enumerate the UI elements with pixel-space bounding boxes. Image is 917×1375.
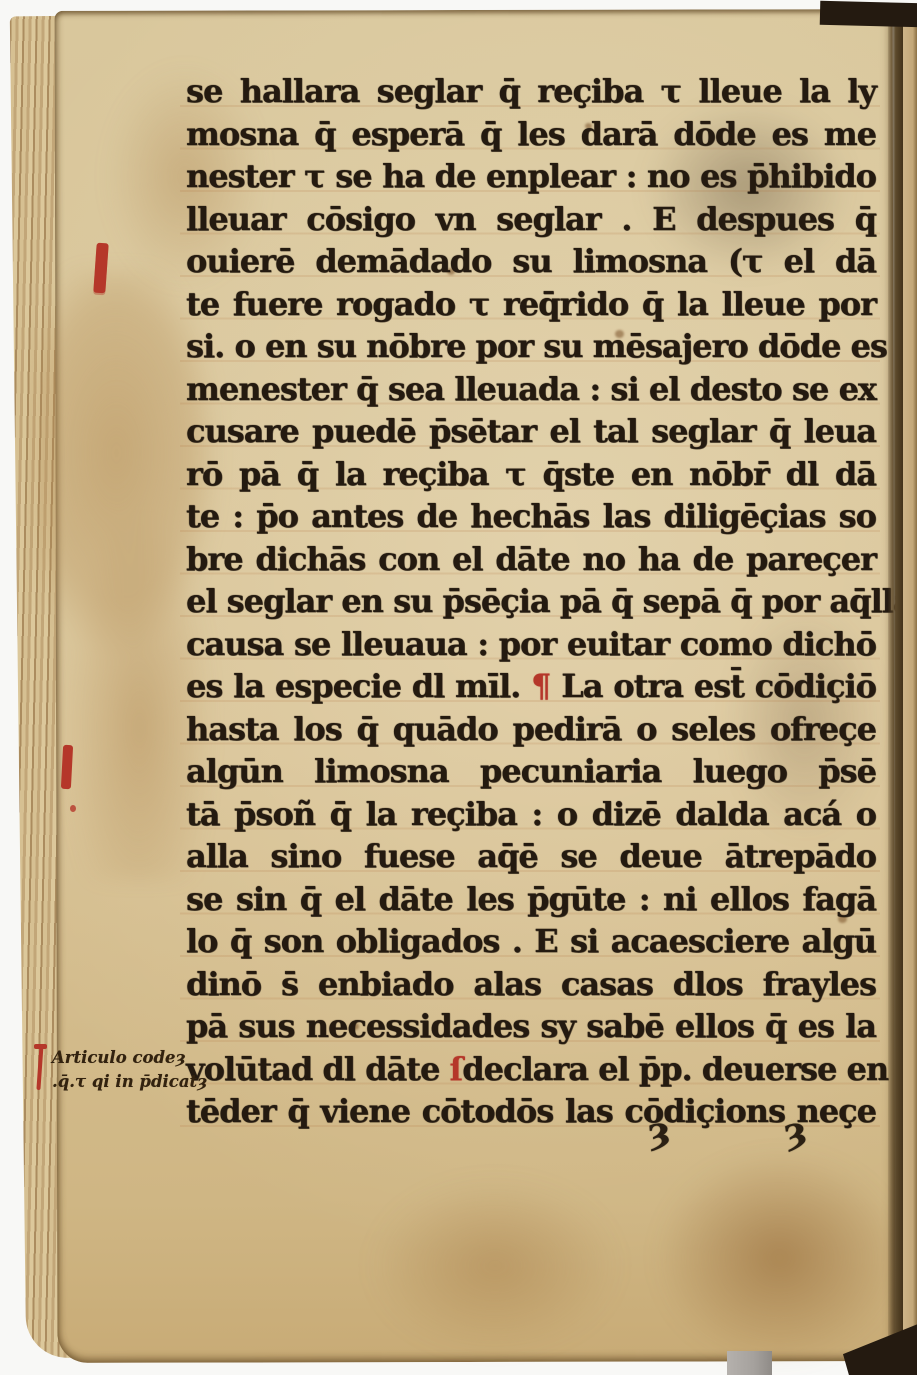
manuscript-line: lo q̄ son obligados . E si acaesciere al… (186, 920, 876, 963)
manuscript-line: ouierē demādado su limosna (τ el dā (186, 240, 876, 283)
line-segment: el seglar en su p̄sēçia pā q̄ sepā q̄ po… (186, 582, 913, 620)
line-segment: se hallara seglar q̄ reçiba τ lleue la l… (186, 72, 876, 110)
manuscript-line: se sin q̄ el dāte les p̄gūte : ni ellos … (186, 878, 876, 921)
line-segment: te : p̄o antes de hechās las diligēçias … (186, 497, 876, 535)
manuscript-line: se hallara seglar q̄ reçiba τ lleue la l… (186, 70, 876, 113)
manuscript-line: tā p̄soñ q̄ la reçiba : o dizē dalda acá… (186, 793, 876, 836)
manuscript-line: mosna q̄ esperā q̄ les darā dōde es me (186, 113, 876, 156)
manuscript-line: alla sino fuese aq̄ē se deue ātrepādo (186, 835, 876, 878)
line-segment: menester q̄ sea lleuada : si el desto se… (186, 370, 876, 408)
line-segment: tā p̄soñ q̄ la reçiba : o dizē dalda acá… (186, 795, 876, 833)
manuscript-line: si. o en su nōbre por su mēsajero dōde e… (186, 325, 876, 368)
quire-signature-left: ȝ (646, 1107, 671, 1152)
manuscript-line: el seglar en su p̄sēçia pā q̄ sepā q̄ po… (186, 580, 876, 623)
manuscript-line: es la especie dl mīl. ¶ La otra est̄ cōd… (186, 665, 876, 708)
rubric-mark: ſ (449, 1050, 462, 1088)
manuscript-line: hasta los q̄ quādo pedirā o seles ofreçe (186, 708, 876, 751)
manuscript-line: rō pā q̄ la reçiba τ q̄ste en nōbr̄ dl d… (186, 453, 876, 496)
line-segment: hasta los q̄ quādo pedirā o seles ofreçe (186, 710, 876, 748)
manuscript-line: algūn limosna pecuniaria luego p̄sē (186, 750, 876, 793)
line-segment: tēder q̄ viene cōtodōs las cōdiçions neç… (186, 1092, 876, 1130)
line-segment: algūn limosna pecuniaria luego p̄sē (186, 752, 876, 790)
line-segment: ouierē demādado su limosna (τ el dā (186, 242, 876, 280)
manuscript-line: nester τ se ha de enplear : no es p̄hibi… (186, 155, 876, 198)
line-segment: alla sino fuese aq̄ē se deue ātrepādo (186, 837, 876, 875)
manuscript-line: bre dichās con el dāte no ha de pareçer (186, 538, 876, 581)
line-segment: es la especie dl mīl. (186, 667, 531, 705)
line-segment: declara el p̄p. deuerse en (462, 1050, 888, 1088)
binding-top-edge (820, 1, 917, 27)
manuscript-line: pā sus necessidades sy sabē ellos q̄ es … (186, 1005, 876, 1048)
manuscript-line: cusare puedē p̄sētar el tal seglar q̄ le… (186, 410, 876, 453)
line-segment: se sin q̄ el dāte les p̄gūte : ni ellos … (186, 880, 876, 918)
manuscript-line: dinō s̄ enbiado alas casas dlos frayles (186, 963, 876, 1006)
marginal-note-line: .q̄.τ qi in p̄dicatȝ (52, 1070, 222, 1094)
line-segment: si. o en su nōbre por su mēsajero dōde e… (186, 327, 887, 365)
manuscript-line: tēder q̄ viene cōtodōs las cōdiçions neç… (186, 1090, 876, 1133)
book-cradle-post (727, 1351, 772, 1375)
manuscript-line: causa se lleuaua : por euitar como dichō (186, 623, 876, 666)
manuscript-photo: se hallara seglar q̄ reçiba τ lleue la l… (0, 0, 917, 1375)
line-segment: volūtad dl dāte (186, 1050, 449, 1088)
line-segment: lleuar cōsigo vn seglar . E despues q̄ (186, 200, 876, 238)
line-segment: nester τ se ha de enplear : no es p̄hibi… (186, 157, 876, 195)
manuscript-line: te fuere rogado τ req̄rido q̄ la lleue p… (186, 283, 876, 326)
red-edge-dot (70, 805, 76, 812)
line-segment: mosna q̄ esperā q̄ les darā dōde es me (186, 115, 876, 153)
manuscript-line: te : p̄o antes de hechās las diligēçias … (186, 495, 876, 538)
line-segment: te fuere rogado τ req̄rido q̄ la lleue p… (186, 285, 876, 323)
rubric-mark: ¶ (531, 667, 550, 705)
line-segment: rō pā q̄ la reçiba τ q̄ste en nōbr̄ dl d… (186, 455, 876, 493)
line-segment: La otra est̄ cōdiçiō (550, 667, 876, 705)
text-block: se hallara seglar q̄ reçiba τ lleue la l… (186, 70, 876, 1133)
facing-page-edge (903, 26, 917, 1342)
line-segment: dinō s̄ enbiado alas casas dlos frayles (186, 965, 876, 1003)
marginal-note-line: Articulo codeȝ (52, 1046, 222, 1070)
line-segment: bre dichās con el dāte no ha de pareçer (186, 540, 876, 578)
line-segment: lo q̄ son obligados . E si acaesciere al… (186, 922, 876, 960)
line-segment: causa se lleuaua : por euitar como dichō (186, 625, 876, 663)
marginal-note: Articulo codeȝ.q̄.τ qi in p̄dicatȝ (52, 1046, 222, 1094)
manuscript-line: lleuar cōsigo vn seglar . E despues q̄ (186, 198, 876, 241)
line-segment: pā sus necessidades sy sabē ellos q̄ es … (186, 1007, 876, 1045)
manuscript-line: menester q̄ sea lleuada : si el desto se… (186, 368, 876, 411)
manuscript-line: volūtad dl dāte ſdeclara el p̄p. deuerse… (186, 1048, 876, 1091)
red-paraph-mark (34, 1044, 48, 1090)
line-segment: cusare puedē p̄sētar el tal seglar q̄ le… (186, 412, 876, 450)
